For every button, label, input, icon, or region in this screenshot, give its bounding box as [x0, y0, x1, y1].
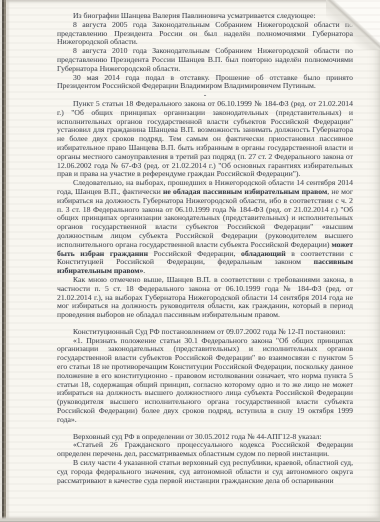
bold-text-run: обладающий — [241, 249, 286, 258]
page-edge-left — [0, 0, 10, 522]
text-run: 30 мая 2014 года подал в отставку. Проше… — [57, 73, 353, 91]
paragraph: Как мною отмечено выше, Шанцев В.П. в со… — [57, 276, 353, 320]
text-run: 8 августа 2005 года Законодательным Собр… — [57, 20, 353, 47]
paragraph: Следовательно, на выборах, прошедших в Н… — [57, 179, 353, 276]
text-run: 8 августа 2010 года Законодательным Собр… — [57, 46, 353, 73]
paragraph: Пункт 5 статьи 18 Федерального закона от… — [57, 100, 353, 179]
text-run: В силу части 4 указанной статьи верховны… — [57, 458, 353, 485]
text-run: , не мог избираться на должность Губерна… — [57, 187, 353, 249]
text-run: Конституционный Суд РФ постановлением от… — [73, 327, 346, 336]
paragraph: «Статьей 26 Гражданского процессуального… — [57, 441, 353, 459]
document-body: Из биографии Шанцева Валерия Павлиновича… — [57, 12, 353, 485]
text-run: Пункт 5 статьи 18 Федерального закона от… — [57, 99, 353, 178]
bold-text-run: не обладая пассивным избирательным право… — [163, 187, 327, 196]
page-edge-top — [0, 0, 380, 3]
text-run: Из биографии Шанцева Валерия Павлиновича… — [73, 11, 316, 20]
text-run: «1. Признать положение статьи 30.1 Федер… — [57, 336, 353, 424]
text-run: «Статьей 26 Гражданского процессуального… — [57, 440, 353, 458]
paragraph: 8 августа 2010 года Законодательным Собр… — [57, 47, 353, 73]
scanned-page-photo: Из биографии Шанцева Валерия Павлиновича… — [0, 0, 380, 522]
text-run: Верховный суд РФ в определении от 30.05.… — [73, 432, 322, 441]
paragraph: 30 мая 2014 года подал в отставку. Проше… — [57, 74, 353, 92]
text-run: Как мною отмечено выше, Шанцев В.П. в со… — [57, 275, 353, 319]
page-edge-bottom — [0, 516, 380, 522]
paragraph: В силу части 4 указанной статьи верховны… — [57, 459, 353, 485]
text-run: . — [143, 266, 145, 275]
page-fold-corner — [326, 0, 380, 50]
paragraph: 8 августа 2005 года Законодательным Собр… — [57, 21, 353, 47]
text-run: Российской Федерации, — [148, 249, 241, 258]
text-run: - — [204, 90, 207, 99]
paragraph: «1. Признать положение статьи 30.1 Федер… — [57, 337, 353, 425]
